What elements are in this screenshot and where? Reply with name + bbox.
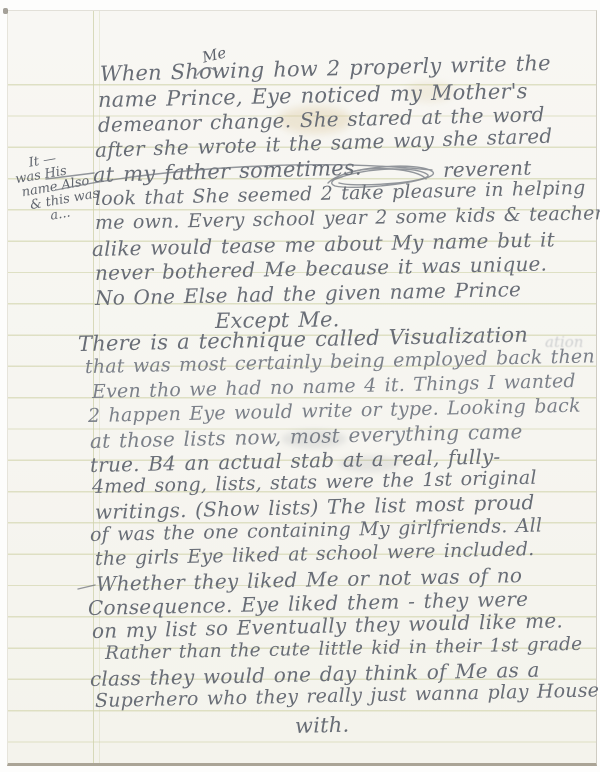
handwritten-line: with. [295,713,350,738]
erased-text-ghost: ation [545,333,583,351]
scan-speck [3,8,8,14]
